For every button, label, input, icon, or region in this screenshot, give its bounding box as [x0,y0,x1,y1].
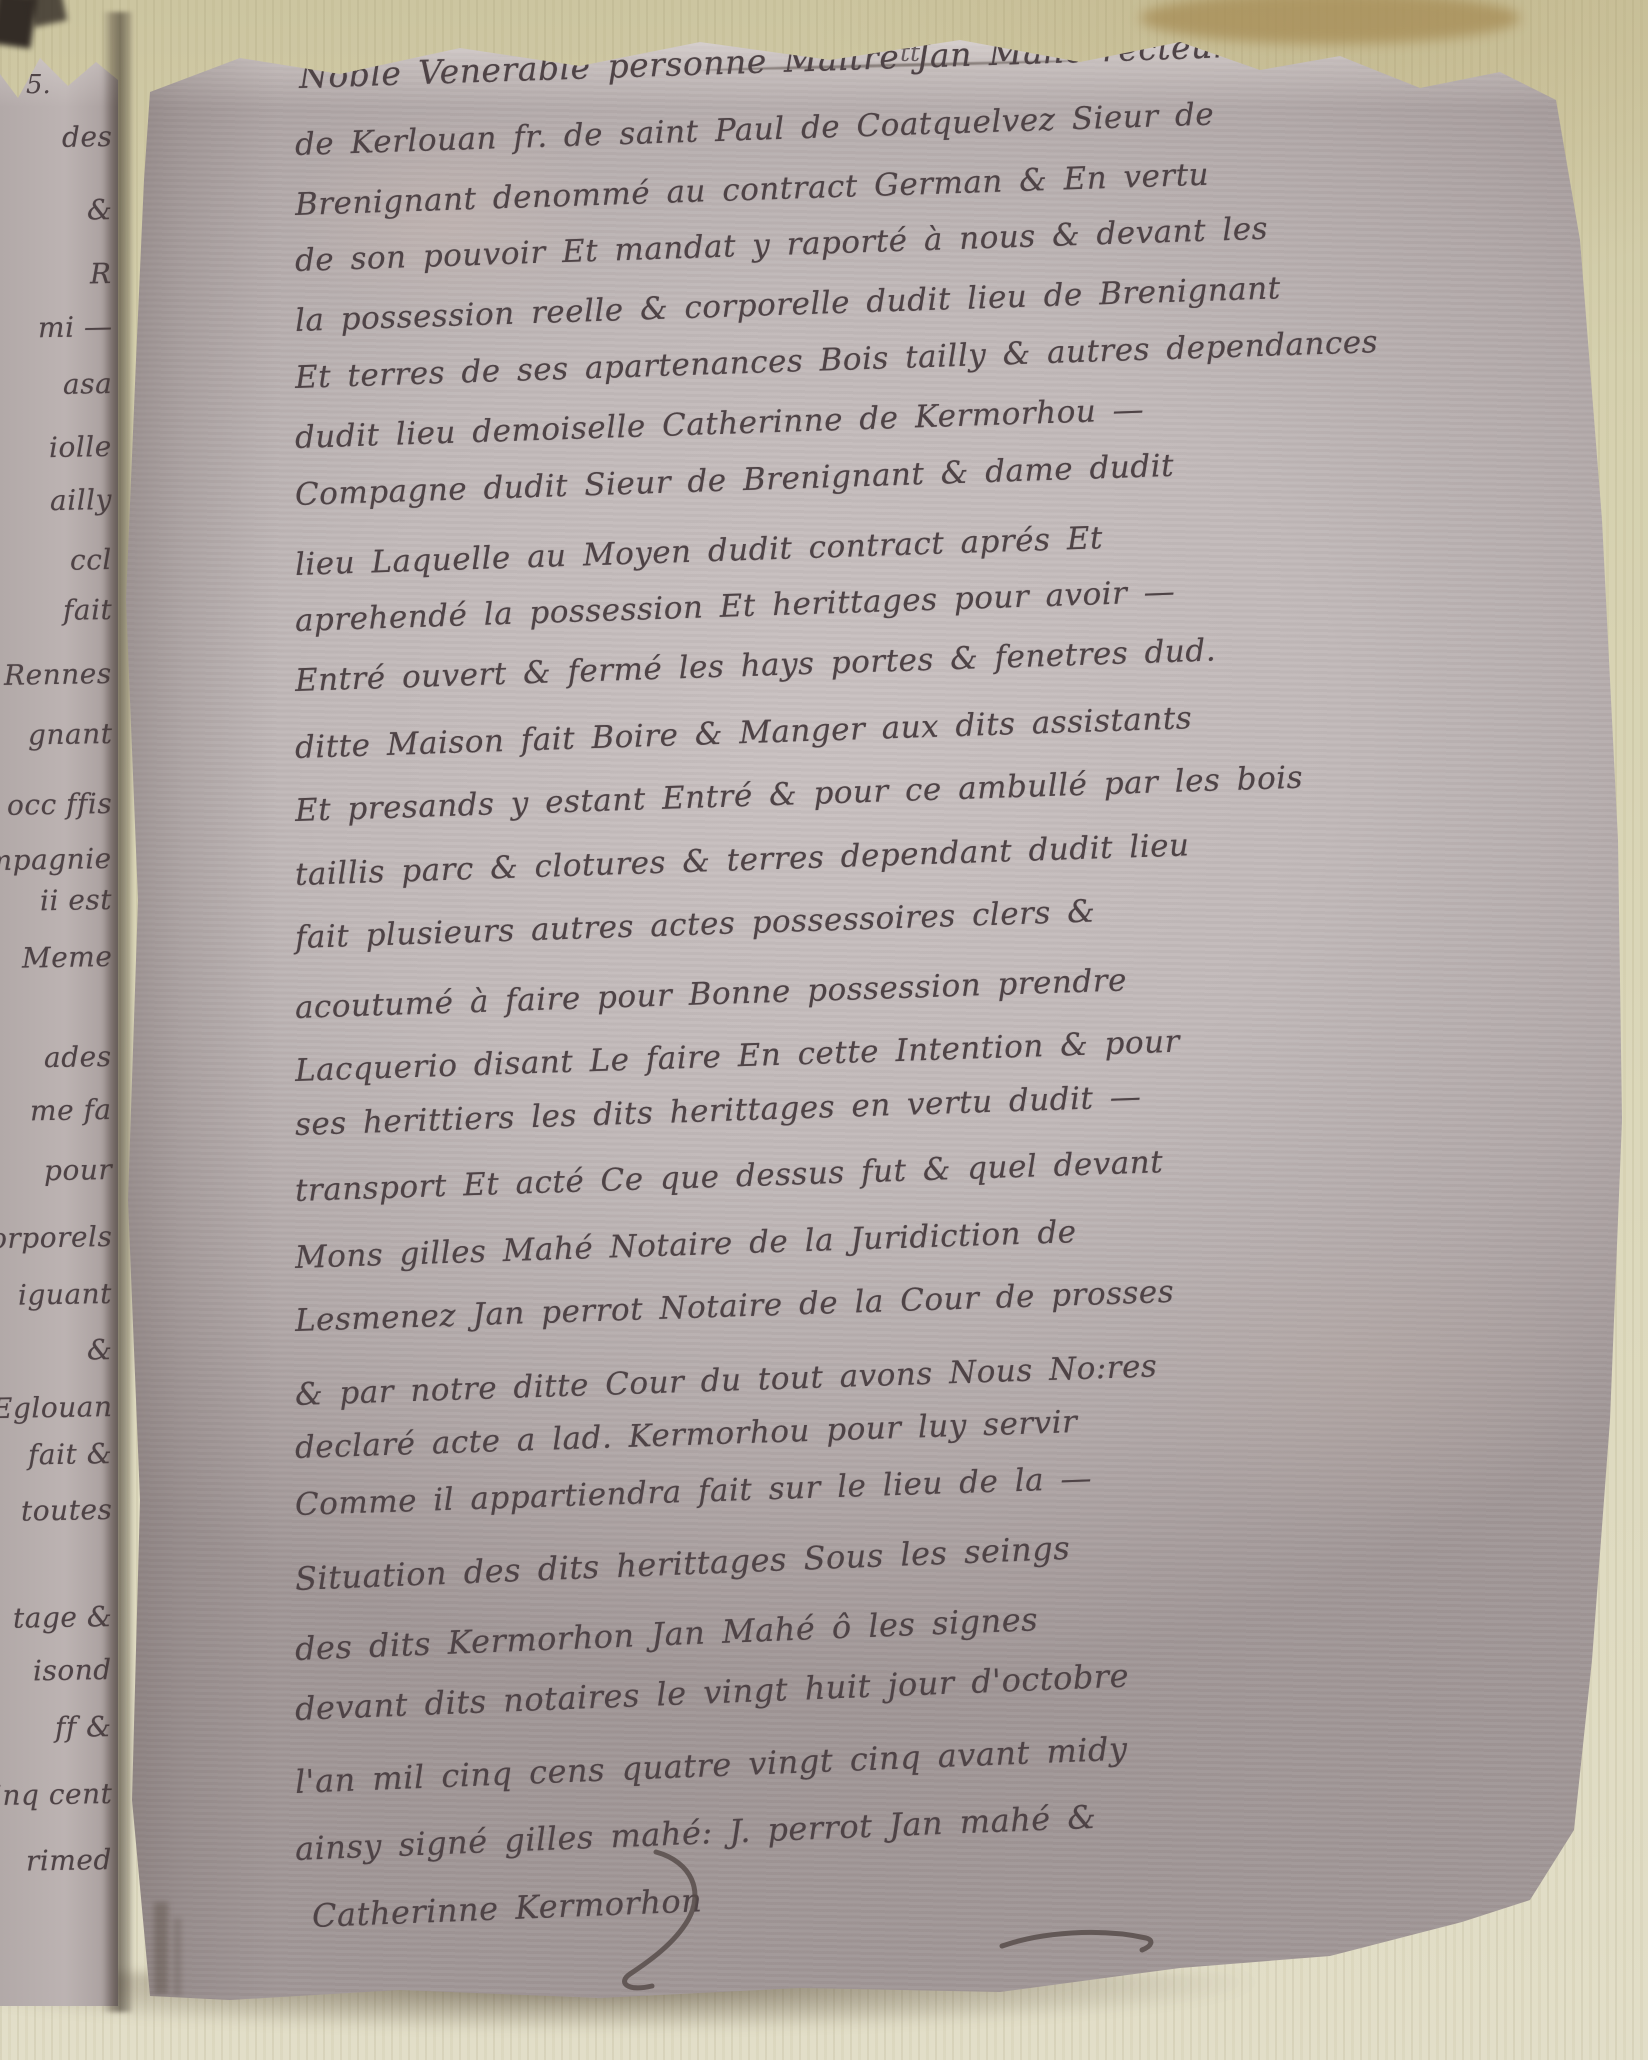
margin-fragment: tage & [12,1600,112,1635]
page-number: 5. [26,70,51,100]
text-line: de Kerlouan fr. de saint Paul de Coatque… [294,97,1214,163]
margin-fragment: compagnie [0,842,112,878]
margin-fragment: Eglouan [0,1390,112,1425]
text-line: Noble Venerable personne Maitre Jan Mahé… [298,26,1229,96]
text-line: Et presands y estant Entré & pour ce amb… [294,760,1303,829]
text-line: Situation des dits herittages Sous les s… [294,1529,1071,1598]
text-line: taillis parc & clotures & terres dependa… [294,827,1190,893]
text-line: devant dits notaires le vingt huit jour … [294,1657,1129,1728]
margin-fragment: Meme [21,940,112,975]
margin-fragment: occ ffis [7,787,113,822]
text-line: aprehendé la possession Et herittages po… [294,574,1175,639]
text-line: la possession reelle & corporelle dudit … [294,270,1281,339]
manuscript-page: tt Noble Venerable personne Maitre Jan M… [108,16,1632,2014]
margin-fragment: iguant [18,1277,112,1312]
text-line: ditte Maison fait Boire & Manger aux dit… [294,700,1192,766]
table-stain [1140,0,1520,44]
text-line: declaré acte a lad. Kermorhou pour luy s… [294,1404,1078,1466]
text-line: Et terres de ses apartenances Bois taill… [294,324,1378,396]
facing-page-edge: 5. des&Rmi —asaiolleaillycclfaitRennesgn… [0,12,118,2012]
text-line: & par notre ditte Cour du tout avons Nou… [294,1348,1157,1413]
text-line: Compagne dudit Sieur de Brenignant & dam… [294,448,1174,513]
margin-fragment: toutes [20,1493,112,1528]
gutter-shadow [102,12,132,2012]
text-line: ses herittiers les dits herittages en ve… [294,1079,1141,1143]
margin-fragment: & corporels [0,1220,112,1256]
text-line: dudit lieu demoiselle Catherinne de Kerm… [294,392,1144,456]
margin-fragment: inq cent [0,1777,112,1812]
margin-fragment: gnant [27,717,112,751]
text-line: Catherinne Kermorhon [311,1881,703,1935]
text-line: Entré ouvert & fermé les hays portes & f… [294,632,1216,699]
text-line: de son pouvoir Et mandat y raporté à nou… [294,211,1268,279]
text-line: l'an mil cinq cens quatre vingt cinq ava… [294,1730,1128,1801]
text-line: Comme il appartiendra fait sur le lieu d… [294,1461,1092,1523]
margin-fragment: Rennes [4,657,112,692]
text-line: ainsy signé gilles mahé: J. perrot Jan m… [294,1798,1097,1868]
text-line: transport Et acté Ce que dessus fut & qu… [294,1144,1163,1209]
text-line: Mons gilles Mahé Notaire de la Juridicti… [294,1214,1077,1276]
margin-fragment: fait & [28,1437,113,1471]
text-line: fait plusieurs autres actes possessoires… [294,893,1095,956]
margin-fragment: me fa [30,1093,112,1127]
text-line: Lesmenez Jan perrot Notaire de la Cour d… [294,1274,1174,1339]
text-line: des dits Kermorhon Jan Mahé ô les signes [294,1600,1039,1668]
text-line: acoutumé à faire pour Bonne possession p… [294,962,1127,1026]
margin-fragment: isond [33,1653,112,1687]
manuscript-text: Noble Venerable personne Maitre Jan Mahé… [108,16,1632,2014]
margin-fragment: rimed [26,1843,112,1877]
text-line: Lacquerio disant Le faire En cette Inten… [294,1024,1180,1089]
photo-of-manuscript: { "document": { "top_mark": "tt", "color… [0,0,1648,2060]
text-line: Brenignant denommé au contract German & … [294,157,1209,223]
text-line: lieu Laquelle au Moyen dudit contract ap… [294,520,1103,583]
binding-shadow [27,0,67,27]
